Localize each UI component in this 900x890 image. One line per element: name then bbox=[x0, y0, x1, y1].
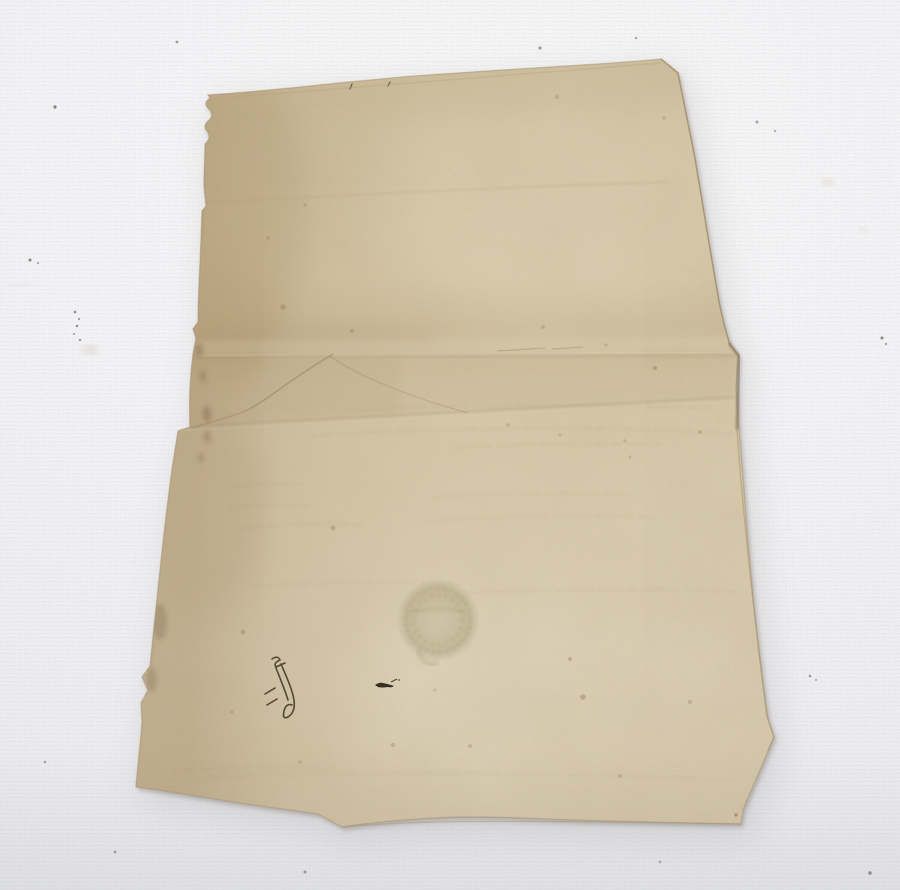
background-smudge bbox=[6, 283, 34, 287]
stain-freckle bbox=[303, 203, 307, 207]
background-speck bbox=[538, 46, 541, 49]
stain-freckle bbox=[541, 325, 545, 329]
background-speck bbox=[880, 336, 883, 339]
background-speck bbox=[44, 761, 47, 764]
stain-freckle bbox=[568, 657, 572, 661]
stain-freckle bbox=[506, 423, 510, 427]
stain-freckle bbox=[618, 774, 622, 778]
background-speck bbox=[885, 343, 887, 345]
stain-freckle bbox=[241, 630, 246, 635]
stain-freckle bbox=[629, 456, 632, 459]
background-speck bbox=[29, 259, 32, 262]
stain-freckle bbox=[734, 813, 737, 816]
ink-blot-dot bbox=[398, 679, 400, 681]
background-speck bbox=[868, 871, 871, 874]
photo-of-old-paper bbox=[0, 0, 900, 890]
background-speck bbox=[78, 318, 80, 320]
background-speck bbox=[635, 37, 638, 40]
stain-freckle bbox=[230, 710, 234, 714]
stain-freckle bbox=[280, 304, 285, 309]
stain-freckle bbox=[688, 700, 692, 704]
background-speck bbox=[756, 121, 759, 124]
background-smudge bbox=[82, 345, 98, 355]
background-speck bbox=[774, 130, 777, 133]
stain-freckle bbox=[266, 236, 269, 239]
fold-smudge bbox=[200, 370, 207, 382]
background-speck bbox=[304, 871, 307, 874]
stain-freckle bbox=[580, 694, 586, 700]
stain-freckle bbox=[350, 329, 354, 333]
stain-freckle bbox=[331, 526, 336, 531]
stain-freckle bbox=[698, 430, 702, 434]
background-speck bbox=[37, 262, 39, 264]
stain-freckle bbox=[559, 434, 562, 437]
background-smudge bbox=[822, 178, 834, 186]
background-speck bbox=[79, 339, 81, 341]
fold-smudge bbox=[204, 431, 211, 443]
background-speck bbox=[176, 41, 179, 44]
background-smudge bbox=[858, 227, 868, 234]
background-speck bbox=[114, 851, 117, 854]
stain-freckle bbox=[662, 116, 665, 119]
fold-smudge bbox=[198, 453, 204, 463]
stain-freckle bbox=[298, 760, 302, 764]
stain-freckle bbox=[653, 366, 657, 370]
photo-image bbox=[0, 0, 900, 890]
stain-freckle bbox=[555, 95, 559, 99]
stain-freckle bbox=[604, 343, 607, 346]
background-speck bbox=[76, 325, 78, 327]
background-speck bbox=[809, 675, 812, 678]
stain-freckle bbox=[623, 439, 626, 442]
fold-smudge bbox=[195, 343, 204, 357]
background-speck bbox=[815, 679, 817, 681]
background-speck bbox=[659, 861, 662, 864]
stain-freckle bbox=[391, 743, 395, 747]
background-speck bbox=[74, 311, 77, 314]
background-speck bbox=[53, 105, 56, 108]
background-speck bbox=[73, 333, 75, 335]
stain-freckle bbox=[433, 688, 436, 691]
stain-freckle bbox=[468, 744, 472, 748]
fold-smudge bbox=[203, 406, 212, 422]
